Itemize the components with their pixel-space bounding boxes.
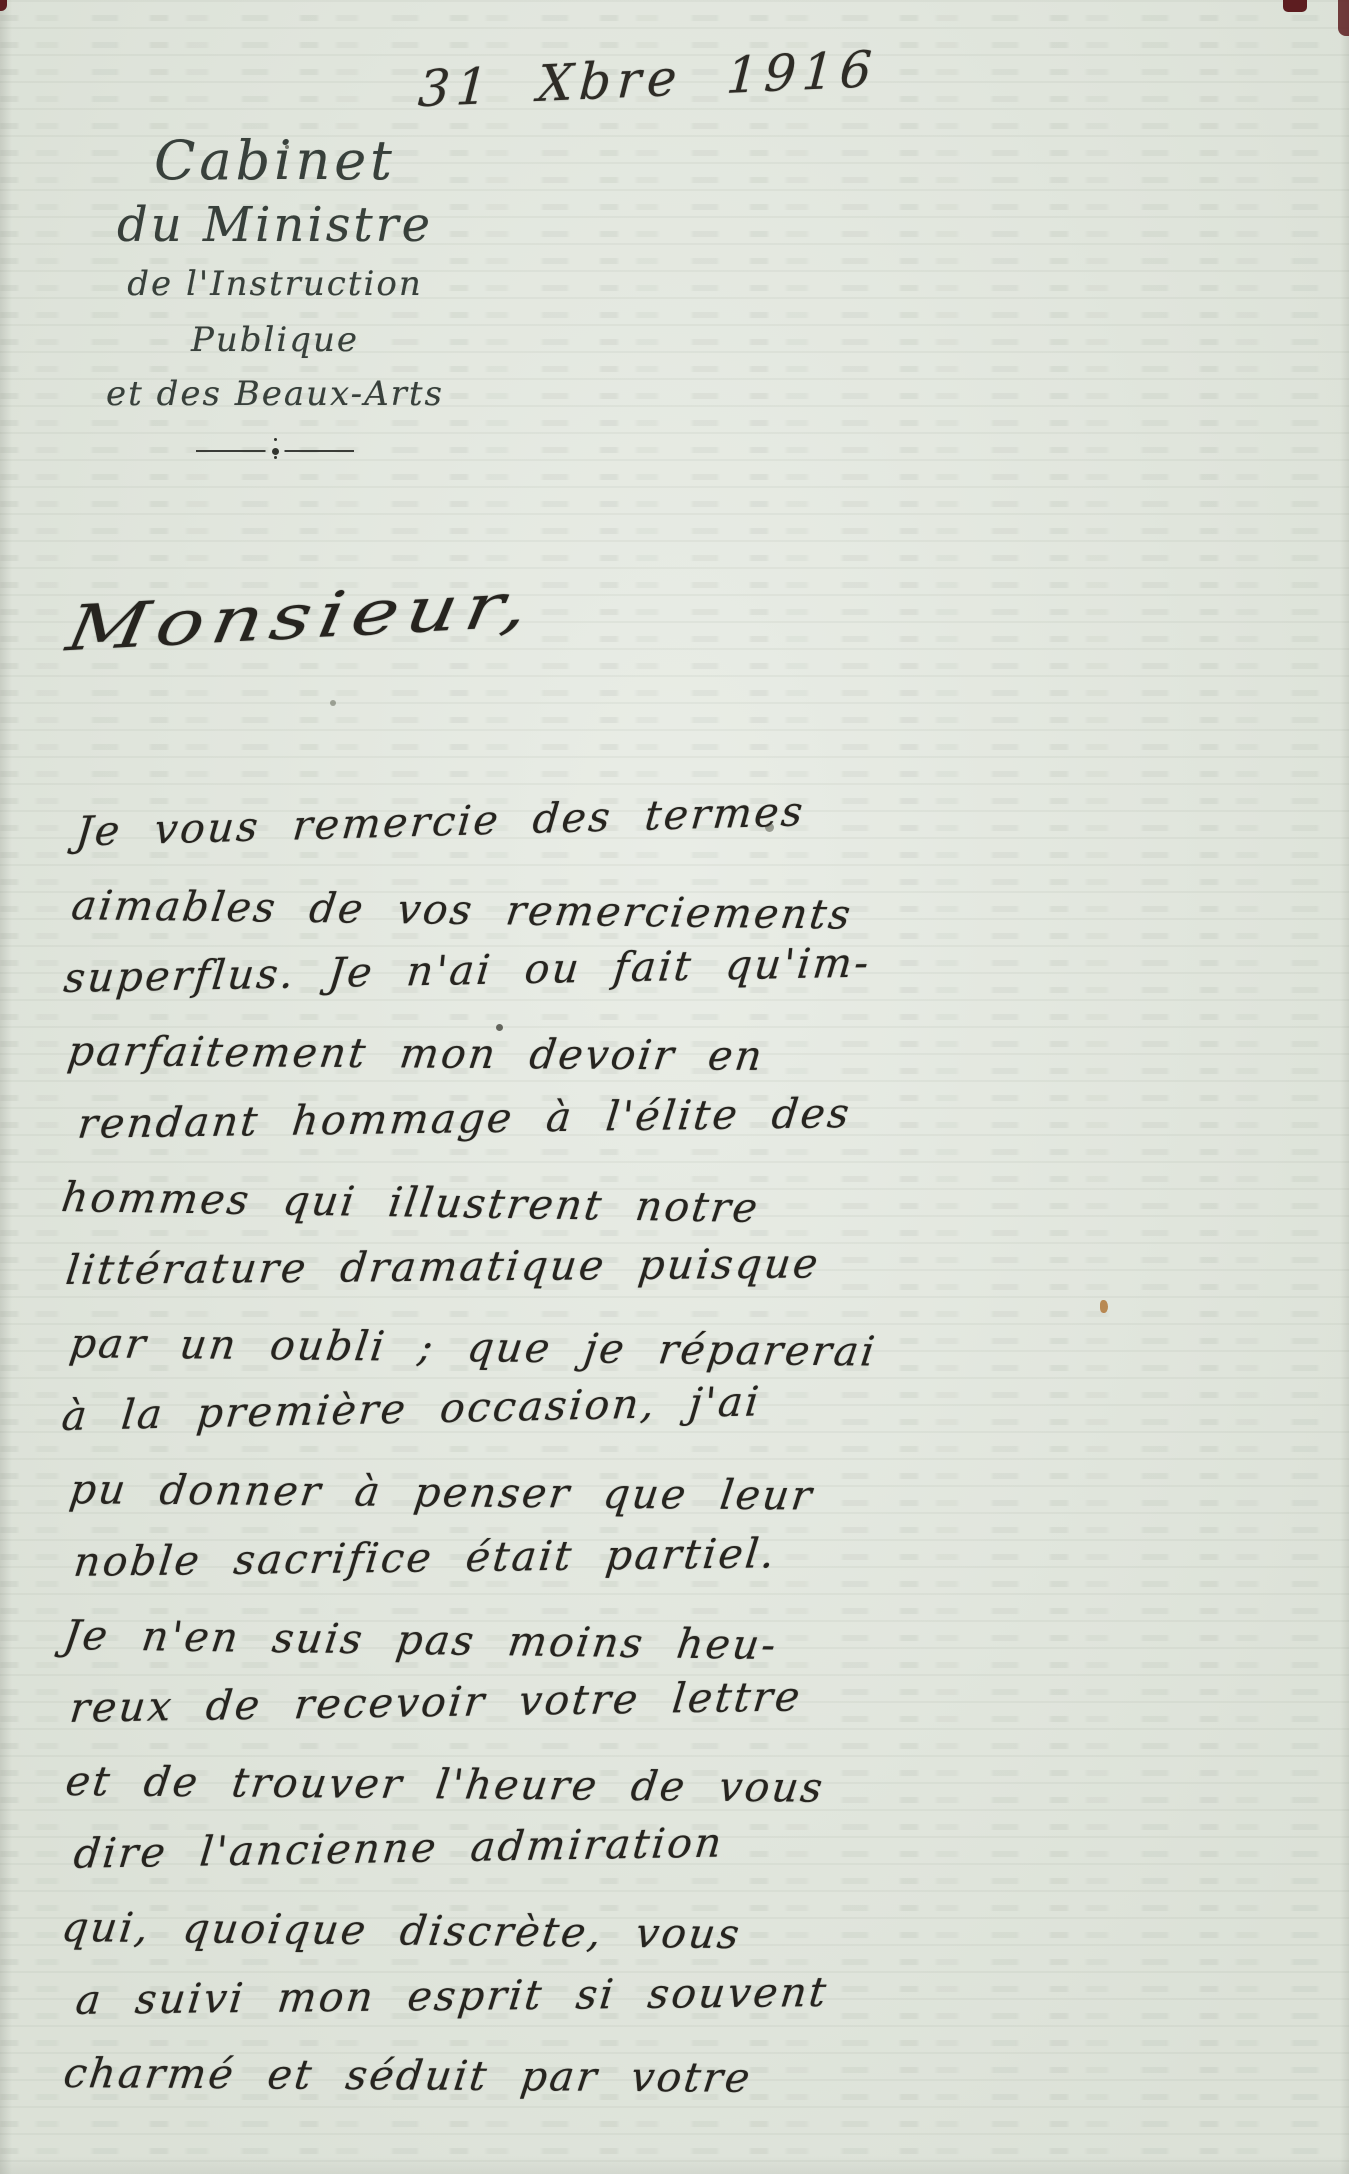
divider-bottom-dot [274,456,277,459]
handwriting-line: charmé et séduit par votre [57,2037,1315,2119]
handwriting-line: a suivi mon esprit si souvent [58,1951,1318,2037]
scan-corner-mark-top-right [1283,0,1307,12]
handwriting-line: noble sacrifice était partiel. [58,1511,1318,1599]
divider-top-dot [274,438,277,441]
letter-page: 31 Xbre 1916 Cabinet du Ministre de l'In… [0,0,1349,2174]
letterhead-line-instruction-publique: de l'Instruction Publique [55,256,495,368]
divider-center-dot [272,448,279,455]
letterhead: Cabinet du Ministre de l'Instruction Pub… [55,128,495,458]
letterhead-line-cabinet: Cabinet [55,128,495,194]
paper-speck [330,700,336,706]
letter-body: Je vous remercie des termes aimables de … [62,796,1312,2110]
letterhead-line-beaux-arts: et des Beaux-Arts [55,368,495,420]
letterhead-line-du-ministre: du Ministre [55,194,495,256]
scan-corner-mark-top-right-edge [1338,0,1349,36]
handwriting-line: littérature dramatique puisque [58,1223,1318,1307]
letterhead-divider-ornament [196,444,354,458]
